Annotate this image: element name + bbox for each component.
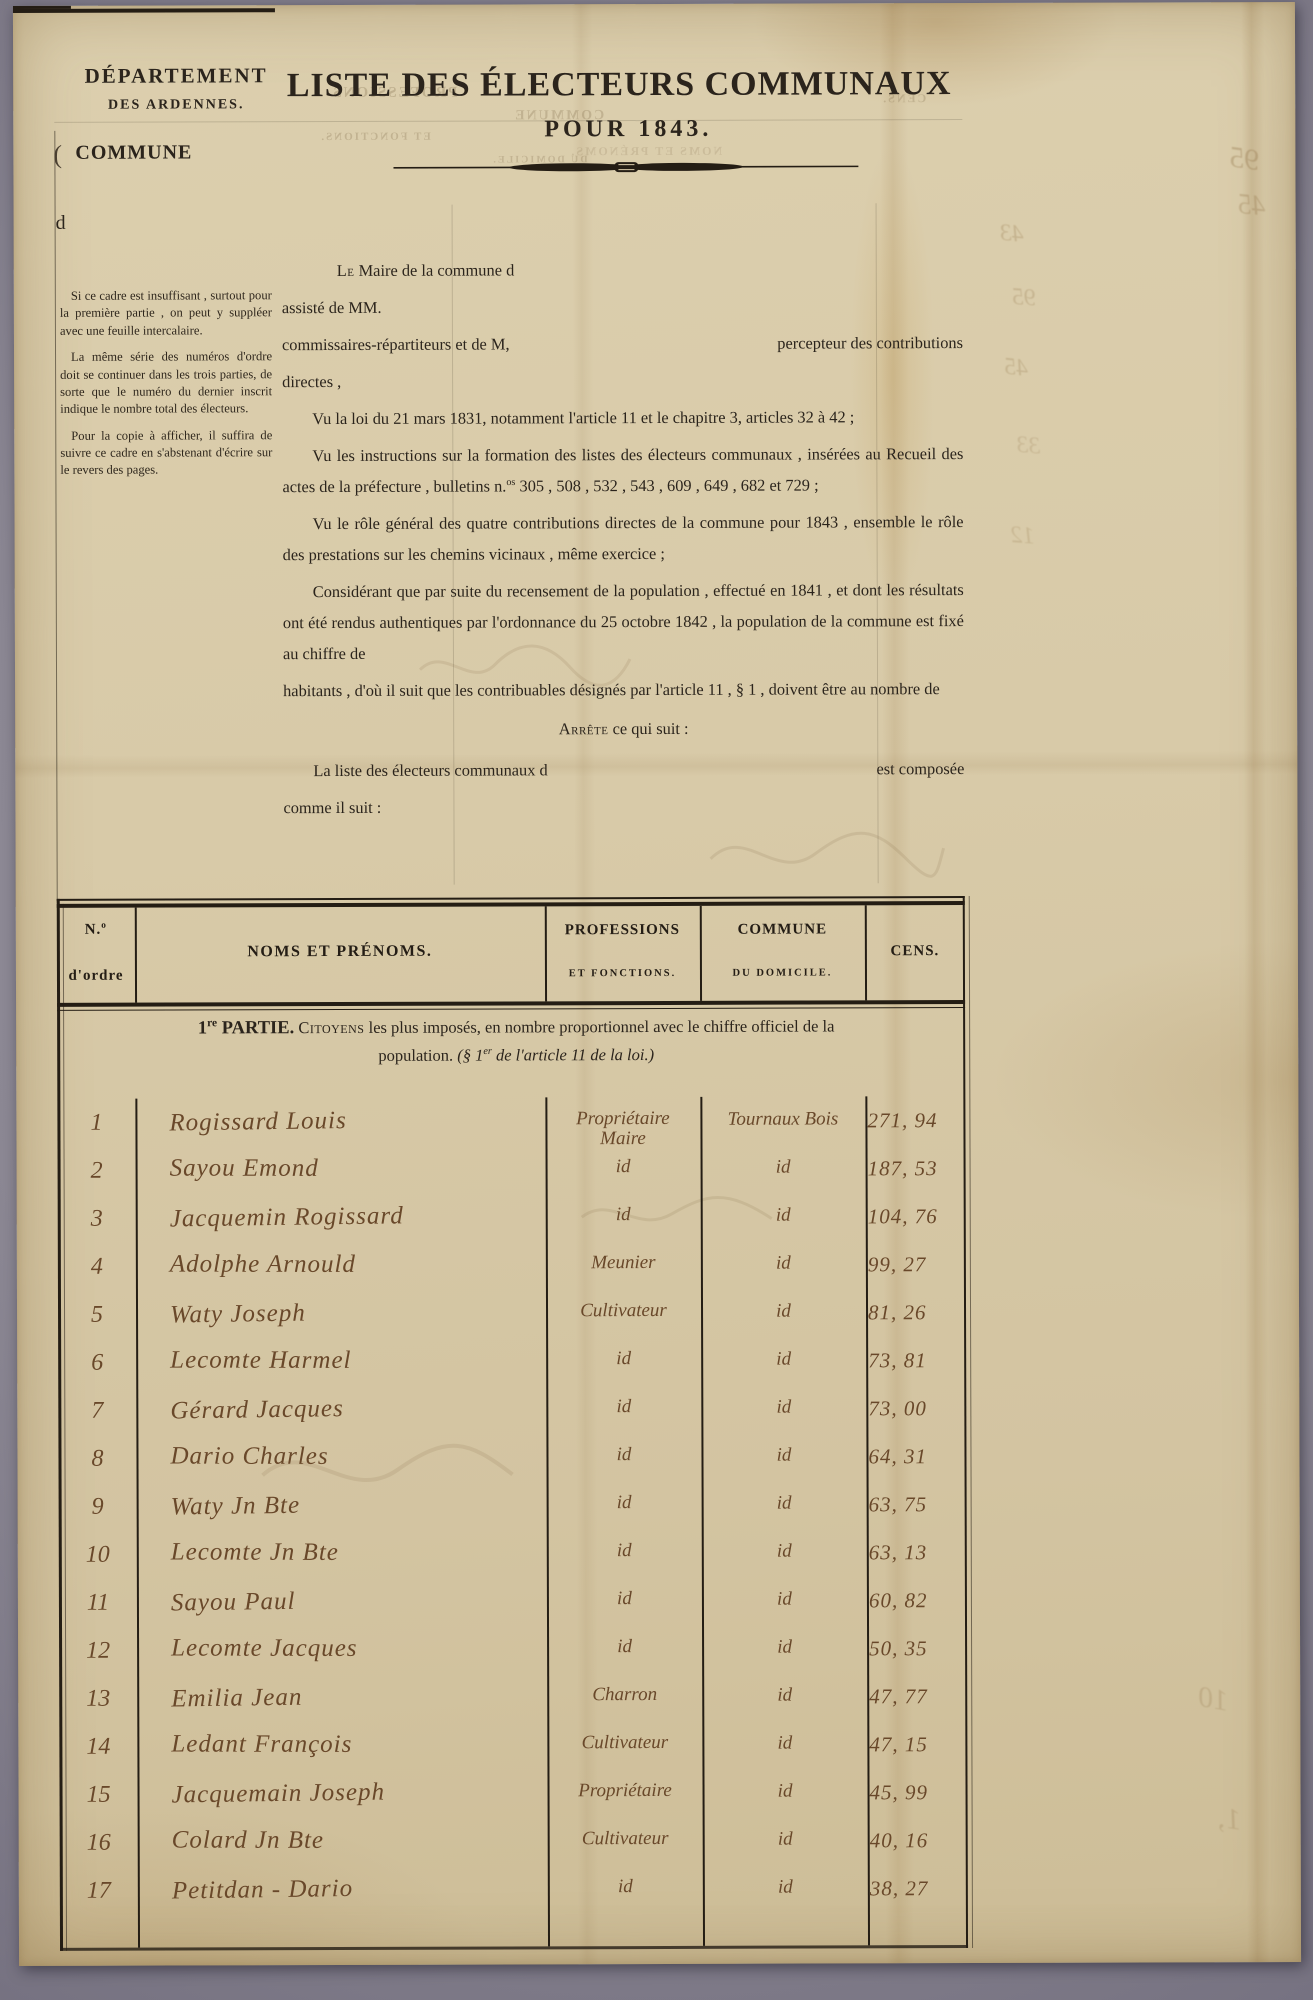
row-profession: Cultivateur — [547, 1733, 702, 1753]
row-name: Dario Charles — [170, 1443, 540, 1472]
preamble-commissaires-line: commissaires-répartiteurs et de M,percep… — [282, 327, 963, 360]
preamble-assiste-line: assisté de MM. — [282, 290, 963, 323]
comme-il-suit-line: comme il suit : — [283, 790, 964, 823]
row-name: Rogissard Louis — [169, 1104, 539, 1137]
row-name: Lecomte Harmel — [170, 1347, 540, 1376]
row-profession: id — [548, 1877, 703, 1897]
row-order-number: 1 — [63, 1110, 129, 1137]
considerant-paragraph: Considérant que par suite du recensement… — [283, 574, 964, 669]
bleedthrough-handwriting: 43 — [999, 220, 1025, 249]
row-profession: Meunier — [546, 1253, 701, 1273]
row-order-number: 7 — [64, 1398, 130, 1425]
row-profession: Charron — [547, 1685, 702, 1705]
row-commune: id — [703, 1876, 868, 1899]
row-order-number: 15 — [66, 1782, 132, 1809]
row-profession: Cultivateur — [546, 1301, 701, 1321]
ornamental-rule — [393, 159, 858, 174]
table-row: 16 Colard Jn Bte Cultivateur id 40, 16 — [60, 1821, 968, 1872]
row-name: Adolphe Arnould — [170, 1251, 540, 1280]
page-title: LISTE DES ÉLECTEURS COMMUNAUX — [269, 65, 969, 105]
department-heading: DÉPARTEMENT — [71, 63, 281, 89]
table-row: 15 Jacquemain Joseph Propriétaire id 45,… — [59, 1773, 967, 1824]
row-cens: 38, 27 — [870, 1876, 966, 1901]
table-row: 9 Waty Jn Bte id id 63, 75 — [59, 1485, 967, 1536]
row-order-number: 2 — [64, 1158, 130, 1185]
header-thick-rule — [13, 8, 275, 12]
row-name: Emilia Jean — [171, 1680, 541, 1713]
row-name: Jacquemain Joseph — [171, 1776, 541, 1809]
preamble-text: Le Maire de la commune d assisté de MM. … — [282, 253, 965, 829]
row-commune: id — [702, 1540, 867, 1563]
row-order-number: 8 — [64, 1446, 130, 1473]
row-order-number: 5 — [64, 1302, 130, 1329]
row-cens: 47, 15 — [869, 1732, 965, 1757]
electors-list: 1 Rogissard Louis Propriétaire Maire Tou… — [57, 1101, 968, 1920]
vu-role-paragraph: Vu le rôle général des quatre contributi… — [283, 506, 964, 570]
vu-instructions-paragraph: Vu les instructions sur la formation des… — [282, 438, 963, 502]
row-cens: 73, 81 — [868, 1348, 964, 1373]
instruction-text: La même série des numéros d'ordre doit s… — [60, 349, 272, 416]
bleedthrough-text: 43 — [999, 220, 1025, 248]
header-cens: CENS. — [865, 943, 965, 960]
table-row: 4 Adolphe Arnould Meunier id 99, 27 — [58, 1245, 966, 1296]
row-commune: id — [702, 1636, 867, 1659]
section-heading: 1re PARTIE. Citoyens les plus imposés, e… — [76, 1016, 956, 1067]
row-cens: 60, 82 — [869, 1588, 965, 1613]
bleedthrough-handwriting: 12 — [1010, 522, 1036, 551]
bleedthrough-squiggle — [705, 823, 945, 884]
row-order-number: 11 — [65, 1590, 131, 1617]
bleedthrough-handwriting: 95 — [1227, 140, 1261, 178]
row-order-number: 16 — [66, 1830, 132, 1857]
bleedthrough-text: 95 — [1011, 284, 1037, 312]
part-word: PARTIE. — [217, 1018, 294, 1038]
row-order-number: 4 — [64, 1254, 130, 1281]
composee-text: est composée — [846, 753, 964, 784]
bleedthrough-handwriting: 45 — [1236, 189, 1267, 224]
header-noms: NOMS ET PRÉNOMS. — [135, 942, 545, 961]
row-cens: 40, 16 — [870, 1828, 966, 1853]
row-profession: id — [546, 1349, 701, 1369]
liste-text: La liste des électeurs communaux d — [283, 754, 548, 786]
habitants-paragraph: habitants , d'où il suit que les contrib… — [283, 673, 964, 706]
table-row: 11 Sayou Paul id id 60, 82 — [59, 1581, 967, 1632]
table-row: 10 Lecomte Jn Bte id id 63, 13 — [59, 1533, 967, 1584]
part-number: 1 — [198, 1018, 207, 1038]
row-commune: id — [701, 1252, 866, 1275]
row-cens: 81, 26 — [868, 1300, 964, 1325]
table-row: 14 Ledant François Cultivateur id 47, 15 — [59, 1725, 967, 1776]
row-commune: id — [701, 1396, 866, 1419]
row-commune: id — [701, 1348, 866, 1371]
row-order-number: 10 — [65, 1542, 131, 1569]
vu-loi-paragraph: Vu la loi du 21 mars 1831, notamment l'a… — [282, 401, 963, 434]
bleedthrough-text: NOMS ET PRÉNOMS. — [569, 144, 722, 158]
row-cens: 187, 53 — [868, 1156, 964, 1181]
num-header-text: N. — [85, 922, 102, 938]
row-order-number: 9 — [65, 1494, 131, 1521]
loi-ref-post: de l'article 11 de la loi.) — [492, 1045, 654, 1065]
bleedthrough-handwriting: 33 — [1015, 432, 1041, 461]
header-num-line1: N.o — [57, 922, 135, 939]
row-order-number: 12 — [65, 1638, 131, 1665]
table-header-separator-thin — [57, 1007, 965, 1011]
table-border-top-thin — [57, 896, 965, 900]
vu2-superscript: os — [506, 477, 515, 488]
header-commune-line1: COMMUNE — [700, 921, 865, 939]
header-commune-line2: DU DOMICILE. — [700, 967, 865, 979]
row-order-number: 14 — [65, 1734, 131, 1761]
citoyens-smallcaps: Citoyens — [298, 1018, 364, 1037]
row-name: Lecomte Jn Bte — [171, 1539, 541, 1568]
row-cens: 63, 75 — [869, 1492, 965, 1517]
row-cens: 73, 00 — [868, 1396, 964, 1421]
arrete-smallcaps: Arrête — [559, 719, 609, 738]
table-border-bottom — [60, 1945, 968, 1950]
commissaires-text: commissaires-répartiteurs et de M, — [282, 328, 510, 360]
row-order-number: 3 — [64, 1206, 130, 1233]
row-cens: 50, 35 — [869, 1636, 965, 1661]
arrete-rest: ce qui suit : — [608, 719, 688, 738]
row-profession: id — [546, 1157, 701, 1177]
row-name: Jacquemin Rogissard — [170, 1200, 540, 1233]
row-name: Waty Jn Bte — [170, 1488, 540, 1521]
bleedthrough-text: 10 — [1196, 1680, 1231, 1718]
row-profession: id — [547, 1637, 702, 1657]
row-commune: id — [702, 1492, 867, 1515]
row-name: Colard Jn Bte — [172, 1827, 542, 1856]
row-commune: id — [702, 1732, 867, 1755]
margin-instruction-paragraph: La même série des numéros d'ordre doit s… — [60, 348, 272, 418]
row-commune: id — [701, 1444, 866, 1467]
loi-ref-pre: (§ 1 — [457, 1046, 483, 1065]
row-name: Lecomte Jacques — [171, 1635, 541, 1664]
department-subheading: DES ARDENNES. — [71, 97, 281, 114]
row-commune: Tournaux Bois — [700, 1108, 865, 1131]
bleedthrough-handwriting: 1, — [1216, 1801, 1243, 1838]
part-number-sup: re — [207, 1017, 217, 1029]
bleedthrough-handwriting: 45 — [1003, 354, 1030, 383]
table-row: 12 Lecomte Jacques id id 50, 35 — [59, 1629, 967, 1680]
row-commune: id — [702, 1684, 867, 1707]
instruction-text: Si ce cadre est insuffisant , surtout po… — [60, 288, 272, 337]
bleedthrough-handwriting: 10 — [1196, 1680, 1231, 1719]
row-commune: id — [701, 1300, 866, 1323]
population-word: population. — [378, 1046, 457, 1065]
row-order-number: 6 — [64, 1350, 130, 1377]
row-order-number: 13 — [65, 1686, 131, 1713]
row-cens: 104, 76 — [868, 1204, 964, 1229]
row-cens: 64, 31 — [868, 1444, 964, 1469]
row-profession: Propriétaire Maire — [545, 1109, 700, 1149]
header-professions-line1: PROFESSIONS — [545, 922, 700, 939]
section-line1: 1re PARTIE. Citoyens les plus imposés, e… — [76, 1016, 956, 1040]
table-row: 13 Emilia Jean Charron id 47, 77 — [59, 1677, 967, 1728]
row-order-number: 17 — [66, 1878, 132, 1905]
row-cens: 63, 13 — [869, 1540, 965, 1565]
row-profession: Propriétaire — [548, 1781, 703, 1801]
row-profession: id — [546, 1205, 701, 1225]
column-divider-noms-header — [545, 906, 547, 1001]
margin-instructions: Si ce cadre est insuffisant , surtout po… — [60, 287, 273, 488]
arrete-line: Arrête ce qui suit : — [283, 712, 964, 745]
header-num-line2: d'ordre — [57, 968, 135, 985]
num-header-sup: o — [101, 921, 107, 931]
row-commune: id — [703, 1780, 868, 1803]
liste-composee-line: La liste des électeurs communaux dest co… — [283, 753, 964, 786]
row-name: Petitdan - Dario — [172, 1872, 542, 1905]
row-profession: id — [546, 1397, 701, 1417]
row-name: Ledant François — [171, 1731, 541, 1760]
row-profession: id — [546, 1445, 701, 1465]
page-title-year: POUR 1843. — [443, 116, 813, 144]
commune-continuation: d — [56, 212, 66, 235]
table-row: 17 Petitdan - Dario id id 38, 27 — [60, 1869, 968, 1920]
document-page: PROFESSIONSET FONCTIONS.COMMUNEDU DOMICI… — [13, 2, 1301, 1966]
table-header-separator-thick — [57, 1000, 965, 1006]
table-row: 1 Rogissard Louis Propriétaire Maire Tou… — [57, 1101, 965, 1152]
smallcaps-word: Le — [337, 261, 355, 280]
left-margin-rule — [54, 131, 57, 903]
row-commune: id — [703, 1828, 868, 1851]
row-profession: id — [547, 1493, 702, 1513]
section-line2: population. (§ 1er de l'article 11 de la… — [76, 1044, 956, 1067]
row-profession: id — [547, 1541, 702, 1561]
bleedthrough-text: 95 — [1227, 140, 1261, 177]
header-professions-line2: ET FONCTIONS. — [545, 968, 700, 979]
table-row: 2 Sayou Emond id id 187, 53 — [58, 1149, 966, 1200]
bleedthrough-handwriting: 95 — [1011, 284, 1037, 313]
row-profession: Cultivateur — [548, 1829, 703, 1849]
row-name: Gérard Jacques — [170, 1392, 540, 1425]
row-cens: 99, 27 — [868, 1252, 964, 1277]
section-line1-rest: les plus imposés, en nombre proportionne… — [364, 1016, 834, 1036]
table-row: 3 Jacquemin Rogissard id id 104, 76 — [58, 1197, 966, 1248]
row-commune: id — [701, 1156, 866, 1179]
margin-instruction-paragraph: Si ce cadre est insuffisant , surtout po… — [60, 287, 272, 340]
bleedthrough-text: ET FONCTIONS. — [319, 131, 430, 143]
preamble-maire-line: Le Maire de la commune d — [282, 253, 963, 286]
row-commune: id — [701, 1204, 866, 1227]
bleedthrough-printed-text: NOMS ET PRÉNOMS. — [569, 144, 722, 159]
loi-ref-sup: er — [483, 1046, 492, 1057]
table-row: 6 Lecomte Harmel id id 73, 81 — [58, 1341, 966, 1392]
table-border-right-outer — [969, 896, 973, 1948]
table-border-top-thick — [57, 901, 965, 907]
commune-brace: ( — [53, 140, 62, 170]
row-cens: 47, 77 — [869, 1684, 965, 1709]
row-profession: id — [547, 1589, 702, 1609]
column-divider-prof-header — [700, 906, 702, 1001]
bleedthrough-text: 33 — [1015, 432, 1041, 460]
table-row: 8 Dario Charles id id 64, 31 — [58, 1437, 966, 1488]
row-name: Sayou Emond — [170, 1155, 540, 1184]
table-row: 7 Gérard Jacques id id 73, 00 — [58, 1389, 966, 1440]
bleedthrough-text: 45 — [1236, 189, 1267, 223]
bleedthrough-text: 12 — [1010, 522, 1036, 550]
commune-label: COMMUNE — [75, 141, 192, 164]
row-cens: 45, 99 — [870, 1780, 966, 1805]
instruction-text: Pour la copie à afficher, il suffira de … — [60, 428, 272, 477]
percepteur-text: percepteur des contributions — [777, 327, 963, 359]
bleedthrough-printed-text: ET FONCTIONS. — [319, 131, 430, 143]
bleedthrough-text: 1, — [1217, 1801, 1244, 1837]
vu2-text-end: 305 , 508 , 532 , 543 , 609 , 649 , 682 … — [515, 475, 818, 495]
preamble-directes-line: directes , — [282, 364, 963, 397]
bleedthrough-text: 45 — [1003, 354, 1030, 382]
row-cens: 271, 94 — [867, 1108, 963, 1133]
maire-line-rest: Maire de la commune d — [354, 260, 514, 280]
row-name: Sayou Paul — [171, 1584, 541, 1617]
table-row: 5 Waty Joseph Cultivateur id 81, 26 — [58, 1293, 966, 1344]
row-commune: id — [702, 1588, 867, 1611]
row-name: Waty Joseph — [170, 1296, 540, 1329]
margin-instruction-paragraph: Pour la copie à afficher, il suffira de … — [60, 427, 272, 480]
